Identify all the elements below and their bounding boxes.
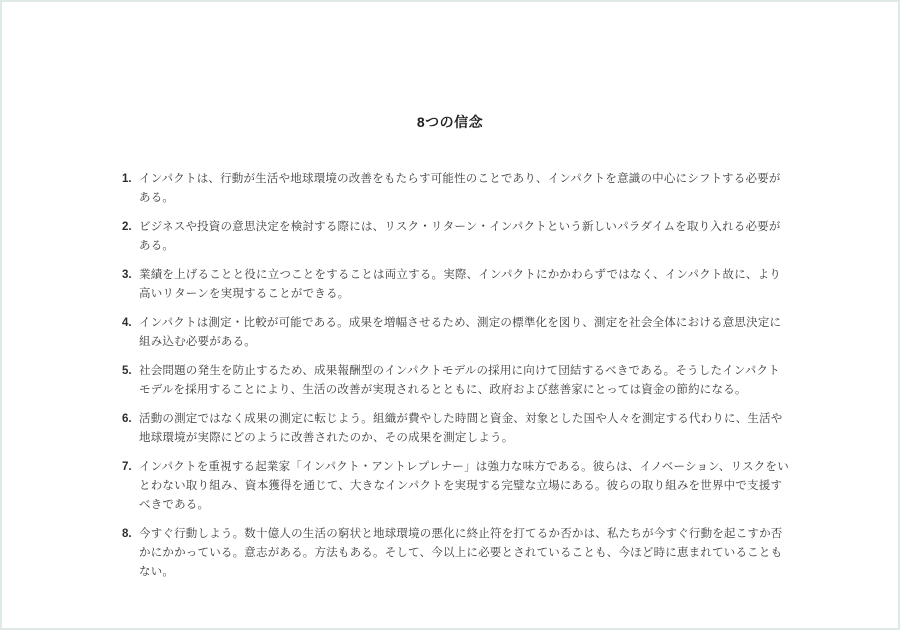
page-title: 8つの信念 xyxy=(114,112,786,132)
belief-list: 1. インパクトは、行動が生活や地球環境の改善をもたらす可能性のことであり、イン… xyxy=(122,170,790,582)
belief-text: 業績を上げることと役に立つことをすることは両立する。実際、インパクトにかかわらず… xyxy=(139,266,790,304)
belief-number: 8. xyxy=(122,525,139,544)
belief-text: インパクトは、行動が生活や地球環境の改善をもたらす可能性のことであり、インパクト… xyxy=(139,170,790,208)
belief-number: 5. xyxy=(122,362,139,381)
belief-item-2: 2. ビジネスや投資の意思決定を検討する際には、リスク・リターン・インパクトとい… xyxy=(122,218,790,256)
belief-text: 社会問題の発生を防止するため、成果報酬型のインパクトモデルの採用に向けて団結する… xyxy=(139,362,790,400)
belief-item-1: 1. インパクトは、行動が生活や地球環境の改善をもたらす可能性のことであり、イン… xyxy=(122,170,790,208)
belief-number: 7. xyxy=(122,458,139,477)
belief-item-4: 4. インパクトは測定・比較が可能である。成果を増幅させるため、測定の標準化を図… xyxy=(122,314,790,352)
belief-number: 2. xyxy=(122,218,139,237)
belief-text: ビジネスや投資の意思決定を検討する際には、リスク・リターン・インパクトという新し… xyxy=(139,218,790,256)
belief-text: 活動の測定ではなく成果の測定に転じよう。組織が費やした時間と資金、対象とした国や… xyxy=(139,410,790,448)
belief-number: 6. xyxy=(122,410,139,429)
belief-text: 今すぐ行動しよう。数十億人の生活の窮状と地球環境の悪化に終止符を打てるか否かは、… xyxy=(139,525,790,582)
belief-item-3: 3. 業績を上げることと役に立つことをすることは両立する。実際、インパクトにかか… xyxy=(122,266,790,304)
belief-item-5: 5. 社会問題の発生を防止するため、成果報酬型のインパクトモデルの採用に向けて団… xyxy=(122,362,790,400)
belief-item-8: 8. 今すぐ行動しよう。数十億人の生活の窮状と地球環境の悪化に終止符を打てるか否… xyxy=(122,525,790,582)
belief-number: 3. xyxy=(122,266,139,285)
belief-number: 1. xyxy=(122,170,139,189)
belief-text: インパクトは測定・比較が可能である。成果を増幅させるため、測定の標準化を図り、測… xyxy=(139,314,790,352)
belief-item-7: 7. インパクトを重視する起業家「インパクト・アントレプレナー」は強力な味方であ… xyxy=(122,458,790,515)
belief-number: 4. xyxy=(122,314,139,333)
belief-item-6: 6. 活動の測定ではなく成果の測定に転じよう。組織が費やした時間と資金、対象とし… xyxy=(122,410,790,448)
belief-text: インパクトを重視する起業家「インパクト・アントレプレナー」は強力な味方である。彼… xyxy=(139,458,790,515)
document-page: 8つの信念 1. インパクトは、行動が生活や地球環境の改善をもたらす可能性のこと… xyxy=(0,0,900,630)
